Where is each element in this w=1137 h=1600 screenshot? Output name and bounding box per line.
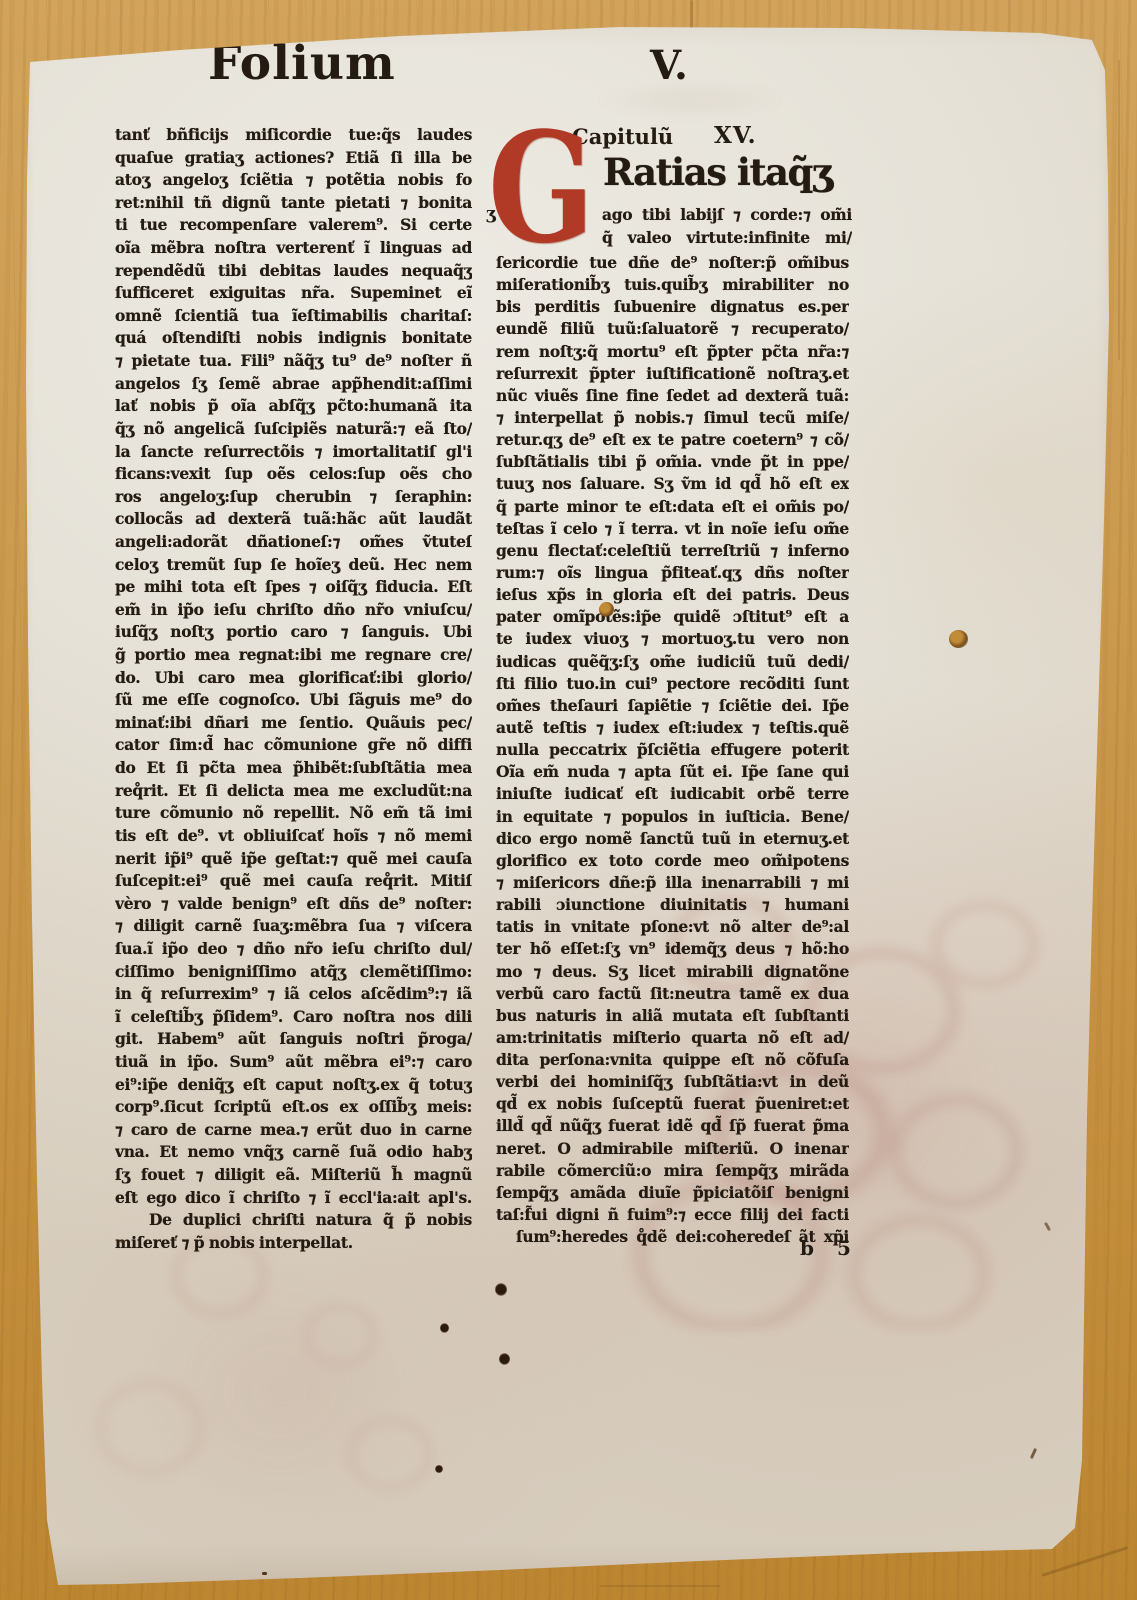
text-line: teſtas ĩ celo ⁊ ĩ terra. vt in noĩe ieſu…: [496, 518, 849, 540]
text-line: ſua.ĩ ip̃o deo ⁊ dño nr̃o ieſu chriſto d…: [115, 938, 472, 961]
text-line: tatis in vnitate pſone:vt nõ alter de⁹:a…: [496, 916, 849, 938]
text-line: ⁊ caro de carne mea.⁊ erũt duo in carne: [115, 1119, 472, 1142]
text-line: tuuʒ nos ſaluare. Sʒ ṽm id qd̃ hõ eſt ex: [496, 473, 849, 495]
speck: [262, 1572, 267, 1575]
text-line: reſurrexit p̃pter iuſtificationẽ noſtraʒ…: [496, 363, 849, 385]
text-line: la ſancte reſurrectõis ⁊ imortalitatiſ g…: [115, 441, 472, 464]
right-text-column: ſericordie tue dñe de⁹ noſter:p̃ om̃ibus…: [496, 252, 849, 1248]
text-line: ret:nihil tñ dignũ tante pietati ⁊ bonit…: [115, 192, 472, 215]
right-column-indented-lines: ago tibi labijſ ⁊ corde:⁊ om̃iq̃ valeo v…: [602, 203, 852, 250]
text-line: angelos ſʒ ſemẽ abrae app̃hendit:aſſimi: [115, 373, 472, 396]
wood-grain-line: [600, 1585, 720, 1587]
speck: [1030, 1448, 1037, 1459]
text-line: iudicas quẽq̃ʒ:ſʒ om̃e iudiciũ tuũ dedi/: [496, 651, 849, 673]
text-line: do Et ſi pc̃ta mea p̃hibẽt:ſubſtãtia mea: [115, 757, 472, 780]
text-line: iniuſte iudicať eſt iudicabit orbẽ terre: [496, 783, 849, 805]
wormhole: [440, 1323, 449, 1333]
wormhole: [949, 630, 968, 648]
text-line: pater omĩpotẽs:ip̃e quidẽ ɔſtitut⁹ eſt a: [496, 606, 849, 628]
text-line: iuſq̃ʒ noſtʒ portio caro ⁊ ſanguis. Ubi: [115, 621, 472, 644]
text-line: rum:⁊ oĩs lingua p̃fiteať.qʒ dñs noſter: [496, 562, 849, 584]
text-line: taſ:f̃ui digni ñ fuim⁹:⁊ ecce filij dei …: [496, 1204, 849, 1226]
text-line: vèro ⁊ valde benign⁹ eſt dñs de⁹ noſter:: [115, 893, 472, 916]
text-line: rem noſtʒ:q̃ mortu⁹ eſt p̃pter pc̃ta nr̃…: [496, 341, 849, 363]
text-line: corp⁹.ſicut ſcriptũ eſt.os ex oſſib̃ʒ me…: [115, 1096, 472, 1119]
text-line: nũc viuẽs ſine fine ſedet ad dexterã tuã…: [496, 385, 849, 407]
text-line: ſufficeret exiguitas nr̃a. Supeminet eĩ: [115, 282, 472, 305]
text-line: tanť bñficijs miſicordie tue:q̃s laudes: [115, 124, 472, 147]
quire-signature: b 5: [800, 1236, 851, 1260]
foxing-stain: [80, 1210, 580, 1540]
text-line: ſum⁹:heredes q̊dẽ dei:coheredeſ ãt xp̃i: [496, 1226, 849, 1248]
text-line: ago tibi labijſ ⁊ corde:⁊ om̃i: [602, 203, 852, 226]
text-line: retur.qʒ de⁹ eſt ex te patre coetern⁹ ⁊ …: [496, 429, 849, 451]
text-line: quaſue gratiaʒ actiones? Etiã ſi illa be: [115, 147, 472, 170]
photo-scene: Folium V. tanť bñficijs miſicordie tue:q…: [0, 0, 1137, 1600]
text-line: ros angeloʒ:ſup cherubin ⁊ ſeraphin:: [115, 486, 472, 509]
text-line: req̊rit. Et ſi delicta mea me excludũt:n…: [115, 780, 472, 803]
text-line: De duplici chriſti natura q̃ p̃ nobis: [115, 1209, 472, 1232]
text-line: rabile cõmerciũ:o mira ſempq̃ʒ mirãda: [496, 1160, 849, 1182]
text-line: ter hõ eſſet:ſʒ vn⁹ idemq̃ʒ deus ⁊ hõ:ho: [496, 938, 849, 960]
text-line: ſti filio tuo.in cui⁹ pectore recõditi ſ…: [496, 673, 849, 695]
wormhole: [499, 1353, 510, 1365]
text-line: tis eſt de⁹. vt obliuiſcať hoĩs ⁊ nõ mem…: [115, 825, 472, 848]
text-line: glorifico ex toto corde meo om̃ipotens: [496, 850, 849, 872]
text-line: ti tue recompenſare valerem⁹. Si certe: [115, 214, 472, 237]
text-line: angeli:adorãt dñationeſ:⁊ om̃es ṽtuteſ: [115, 531, 472, 554]
text-line: dita perſona:vnita quippe eſt nõ cõfuſa: [496, 1049, 849, 1071]
text-line: te iudex viuoʒ ⁊ mortuoʒ.tu vero non: [496, 628, 849, 650]
text-line: do. Ubi caro mea glorificať:ibi glorio/: [115, 667, 472, 690]
stain: [560, 70, 820, 130]
speck: [1044, 1222, 1051, 1231]
text-line: lať nobis p̃ oĩa abſq̃ʒ pc̃to:humanã ita: [115, 395, 472, 418]
text-line: am:trinitatis miſterio quarta nõ eſt ad/: [496, 1027, 849, 1049]
text-line: minať:ibi dñari me ſentio. Quãuis pec/: [115, 712, 472, 735]
text-line: ĩ celeſtib̃ʒ p̃ſidem⁹. Caro noſtra nos d…: [115, 1006, 472, 1029]
text-line: ⁊ diligit carnẽ ſuaʒ:mẽbra ſua ⁊ viſcera: [115, 915, 472, 938]
text-line: miſereť ⁊ p̃ nobis interpellat.: [115, 1232, 472, 1255]
text-line: miſerationib̃ʒ tuis.quib̃ʒ mirabiliter n…: [496, 274, 849, 296]
text-line: ſʒ fouet ⁊ diligit eã. Miſteriũ h̃ magnũ: [115, 1164, 472, 1187]
text-line: in equitate ⁊ populos in iuſticia. Bene/: [496, 806, 849, 828]
wormhole: [599, 602, 614, 617]
text-line: q̃ʒ nõ angelicã ſuſcipiẽs naturã:⁊ eã ſt…: [115, 418, 472, 441]
text-line: ciſſimo benigniſſimo atq̃ʒ clemẽtiſſimo:: [115, 961, 472, 984]
text-line: ſericordie tue dñe de⁹ noſter:p̃ om̃ibus: [496, 252, 849, 274]
text-line: autẽ teſtis ⁊ iudex eſt:iudex ⁊ teſtis.q…: [496, 717, 849, 739]
text-line: em̃ in ip̃o ieſu chriſto dño nr̃o vniuſc…: [115, 599, 472, 622]
guide-letter: ʒ: [486, 204, 496, 224]
text-line: ieſus xp̃s in gloria eſt dei patris. Deu…: [496, 584, 849, 606]
text-line: Oĩa em̃ nuda ⁊ apta ſũt ei. Ip̃e ſane qu…: [496, 761, 849, 783]
text-line: ficans:vexit ſup oẽs celos:ſup oẽs cho: [115, 463, 472, 486]
opening-words: Ratias itaq̃ʒ: [603, 150, 859, 194]
text-line: rabili ɔiunctione diuinitatis ⁊ humani: [496, 894, 849, 916]
text-line: om̃es theſauri ſapiẽtie ⁊ ſciẽtie dei. I…: [496, 695, 849, 717]
text-line: ſempq̃ʒ amãda diuĩe p̃piciatõiſ benigni: [496, 1182, 849, 1204]
text-line: git. Habem⁹ aũt ſanguis noſtri p̃roga/: [115, 1028, 472, 1051]
text-line: in q̃ reſurrexim⁹ ⁊ iã celos aſcẽdim⁹:⁊ …: [115, 983, 472, 1006]
text-line: oĩa mẽbra noſtra verterenť ĩ linguas ad: [115, 237, 472, 260]
chapter-number: XV.: [714, 122, 757, 149]
folio-number: V.: [650, 42, 688, 89]
text-line: ſuſcepit:ei⁹ quẽ mei cauſa req̊rit. Miti…: [115, 870, 472, 893]
text-line: bis perditis ſubuenire dignatus es.per: [496, 296, 849, 318]
text-line: illd̃ qd̃ nũq̃ʒ fuerat idẽ qd̃ ſp̃ fuera…: [496, 1115, 849, 1137]
text-line: tiuã in ip̃o. Sum⁹ aũt mẽbra ei⁹:⁊ caro: [115, 1051, 472, 1074]
text-line: neret. O admirabile miſteriũ. O inenar: [496, 1138, 849, 1160]
text-line: mo ⁊ deus. Sʒ licet mirabili dignatõne: [496, 961, 849, 983]
text-line: pe mihi tota eſt ſpes ⁊ oiſq̃ʒ fiducia. …: [115, 576, 472, 599]
text-line: ⁊ interpellat p̃ nobis.⁊ ſimul tecũ miſe…: [496, 407, 849, 429]
text-line: ſubſtãtialis tibi p̃ om̃ia. vnde p̃t in …: [496, 451, 849, 473]
text-line: atoʒ angeloʒ ſciẽtia ⁊ potẽtia nobis fo: [115, 169, 472, 192]
text-line: nulla peccatrix p̃ſciẽtia effugere poter…: [496, 739, 849, 761]
text-line: ⁊ pietate tua. Fili⁹ nãq̃ʒ tu⁹ de⁹ noſte…: [115, 350, 472, 373]
text-line: vna. Et nemo vnq̃ʒ carnẽ ſuã odio habʒ: [115, 1141, 472, 1164]
wormhole: [435, 1465, 443, 1473]
text-line: ⁊ miſericors dñe:p̃ illa inenarrabili ⁊ …: [496, 872, 849, 894]
text-line: nerit ip̃i⁹ quẽ ip̃e geſtat:⁊ quẽ mei ca…: [115, 848, 472, 871]
wood-grain-line: [1042, 1546, 1129, 1577]
text-line: collocãs ad dexterã tuã:hãc aũt laudãt: [115, 508, 472, 531]
wood-grain-line: [1118, 60, 1120, 360]
text-line: genu flectať:celeſtiũ terreſtriũ ⁊ infer…: [496, 540, 849, 562]
text-line: celoʒ tremũt ſup ſe hoĩeʒ deũ. Hec nem: [115, 554, 472, 577]
text-line: g̃ portio mea regnat:ibi me regnare cre/: [115, 644, 472, 667]
text-line: eundẽ filiũ tuũ:ſaluatorẽ ⁊ recuperato/: [496, 318, 849, 340]
incunabulum-leaf: Folium V. tanť bñficijs miſicordie tue:q…: [0, 0, 1137, 1600]
text-line: cator ſim:d̃ hac cõmunione gr̃e nõ diffi: [115, 734, 472, 757]
speck: [120, 1240, 124, 1243]
text-line: ei⁹:ip̃e deniq̃ʒ eſt caput noſtʒ.ex q̃ t…: [115, 1074, 472, 1097]
text-line: ſũ me eſſe cognoſco. Ubi ſãguis me⁹ do: [115, 689, 472, 712]
text-line: ture cõmunio nõ repellit. Nõ em̃ tã imi: [115, 802, 472, 825]
text-line: eſt ego dico ĩ chriſto ⁊ ĩ eccl'ia:ait a…: [115, 1187, 472, 1210]
text-line: quá oſtendiſti nobis indignis bonitate: [115, 327, 472, 350]
text-line: bus naturis in aliã mutata eſt ſubſtanti: [496, 1005, 849, 1027]
text-line: dico ergo nomẽ ſanctũ tuũ in eternuʒ.et: [496, 828, 849, 850]
left-text-column: tanť bñficijs miſicordie tue:q̃s laudesq…: [115, 124, 472, 1254]
text-line: verbi dei hominiſq̃ʒ ſubſtãtia:vt in deũ: [496, 1071, 849, 1093]
text-line: q̃ parte minor te eſt:data eſt ei om̃is …: [496, 496, 849, 518]
rubricated-initial-G: G: [488, 112, 594, 264]
text-line: rependẽdũ tibi debitas laudes nequaq̃ʒ: [115, 260, 472, 283]
text-line: verbũ caro factũ ſit:neutra tamẽ ex dua: [496, 983, 849, 1005]
wormhole: [495, 1283, 507, 1296]
text-line: q̃ valeo virtute:infinite mi/: [602, 226, 852, 249]
text-line: omnẽ ſcientiã tua ĩeſtimabilis charitaſ:: [115, 305, 472, 328]
text-line: qd̃ ex nobis ſuſceptũ fuerat p̃ueniret:e…: [496, 1093, 849, 1115]
